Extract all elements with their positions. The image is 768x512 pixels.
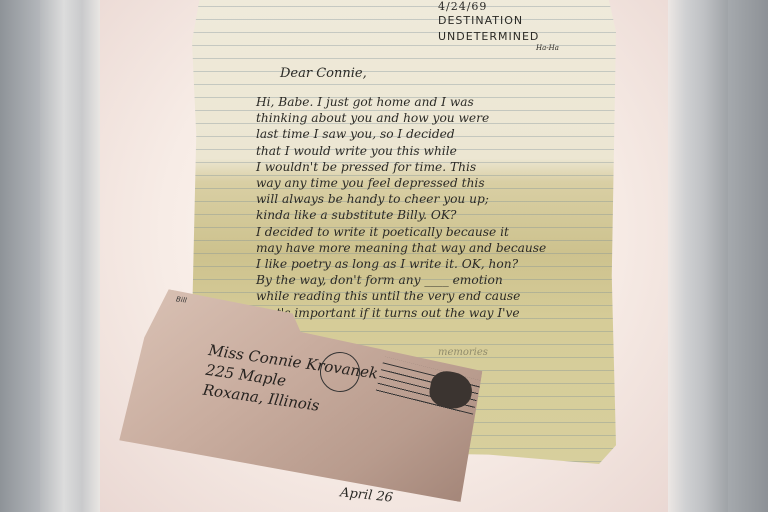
faint-line: memories xyxy=(438,344,488,362)
letter-line: way any time you feel depressed this xyxy=(256,175,616,191)
display-case-frame-left xyxy=(40,0,100,512)
letter-body: Hi, Babe. I just got home and I was thin… xyxy=(256,94,616,321)
letter-date: 4/24/69 xyxy=(438,0,487,13)
letter-line: last time I saw you, so I decided xyxy=(256,126,616,142)
letter-line: that's important if it turns out the way… xyxy=(256,305,616,321)
letter-line: By the way, don't form any ____ emotion xyxy=(256,272,616,288)
letter-aside: Ha-Ha xyxy=(536,44,559,52)
letter-line: I like poetry as long as I write it. OK,… xyxy=(256,256,616,272)
letter-salutation: Dear Connie, xyxy=(280,66,367,81)
display-case-frame-right xyxy=(668,0,728,512)
letter-line: I decided to write it poetically because… xyxy=(256,224,616,240)
letter-line: will always be handy to cheer you up; xyxy=(256,191,616,207)
letter-heading-2: UNDETERMINED xyxy=(438,30,539,43)
letter-line: thinking about you and how you were xyxy=(256,110,616,126)
letter-line: kinda like a substitute Billy. OK? xyxy=(256,207,616,223)
letter-line: may have more meaning that way and becau… xyxy=(256,240,616,256)
letter-line: that I would write you this while xyxy=(256,143,616,159)
letter-line: Hi, Babe. I just got home and I was xyxy=(256,94,616,110)
letter-line: I wouldn't be pressed for time. This xyxy=(256,159,616,175)
letter-heading-1: DESTINATION xyxy=(438,14,523,27)
envelope-sender: Bill xyxy=(175,295,187,304)
letter-line: while reading this until the very end ca… xyxy=(256,288,616,304)
